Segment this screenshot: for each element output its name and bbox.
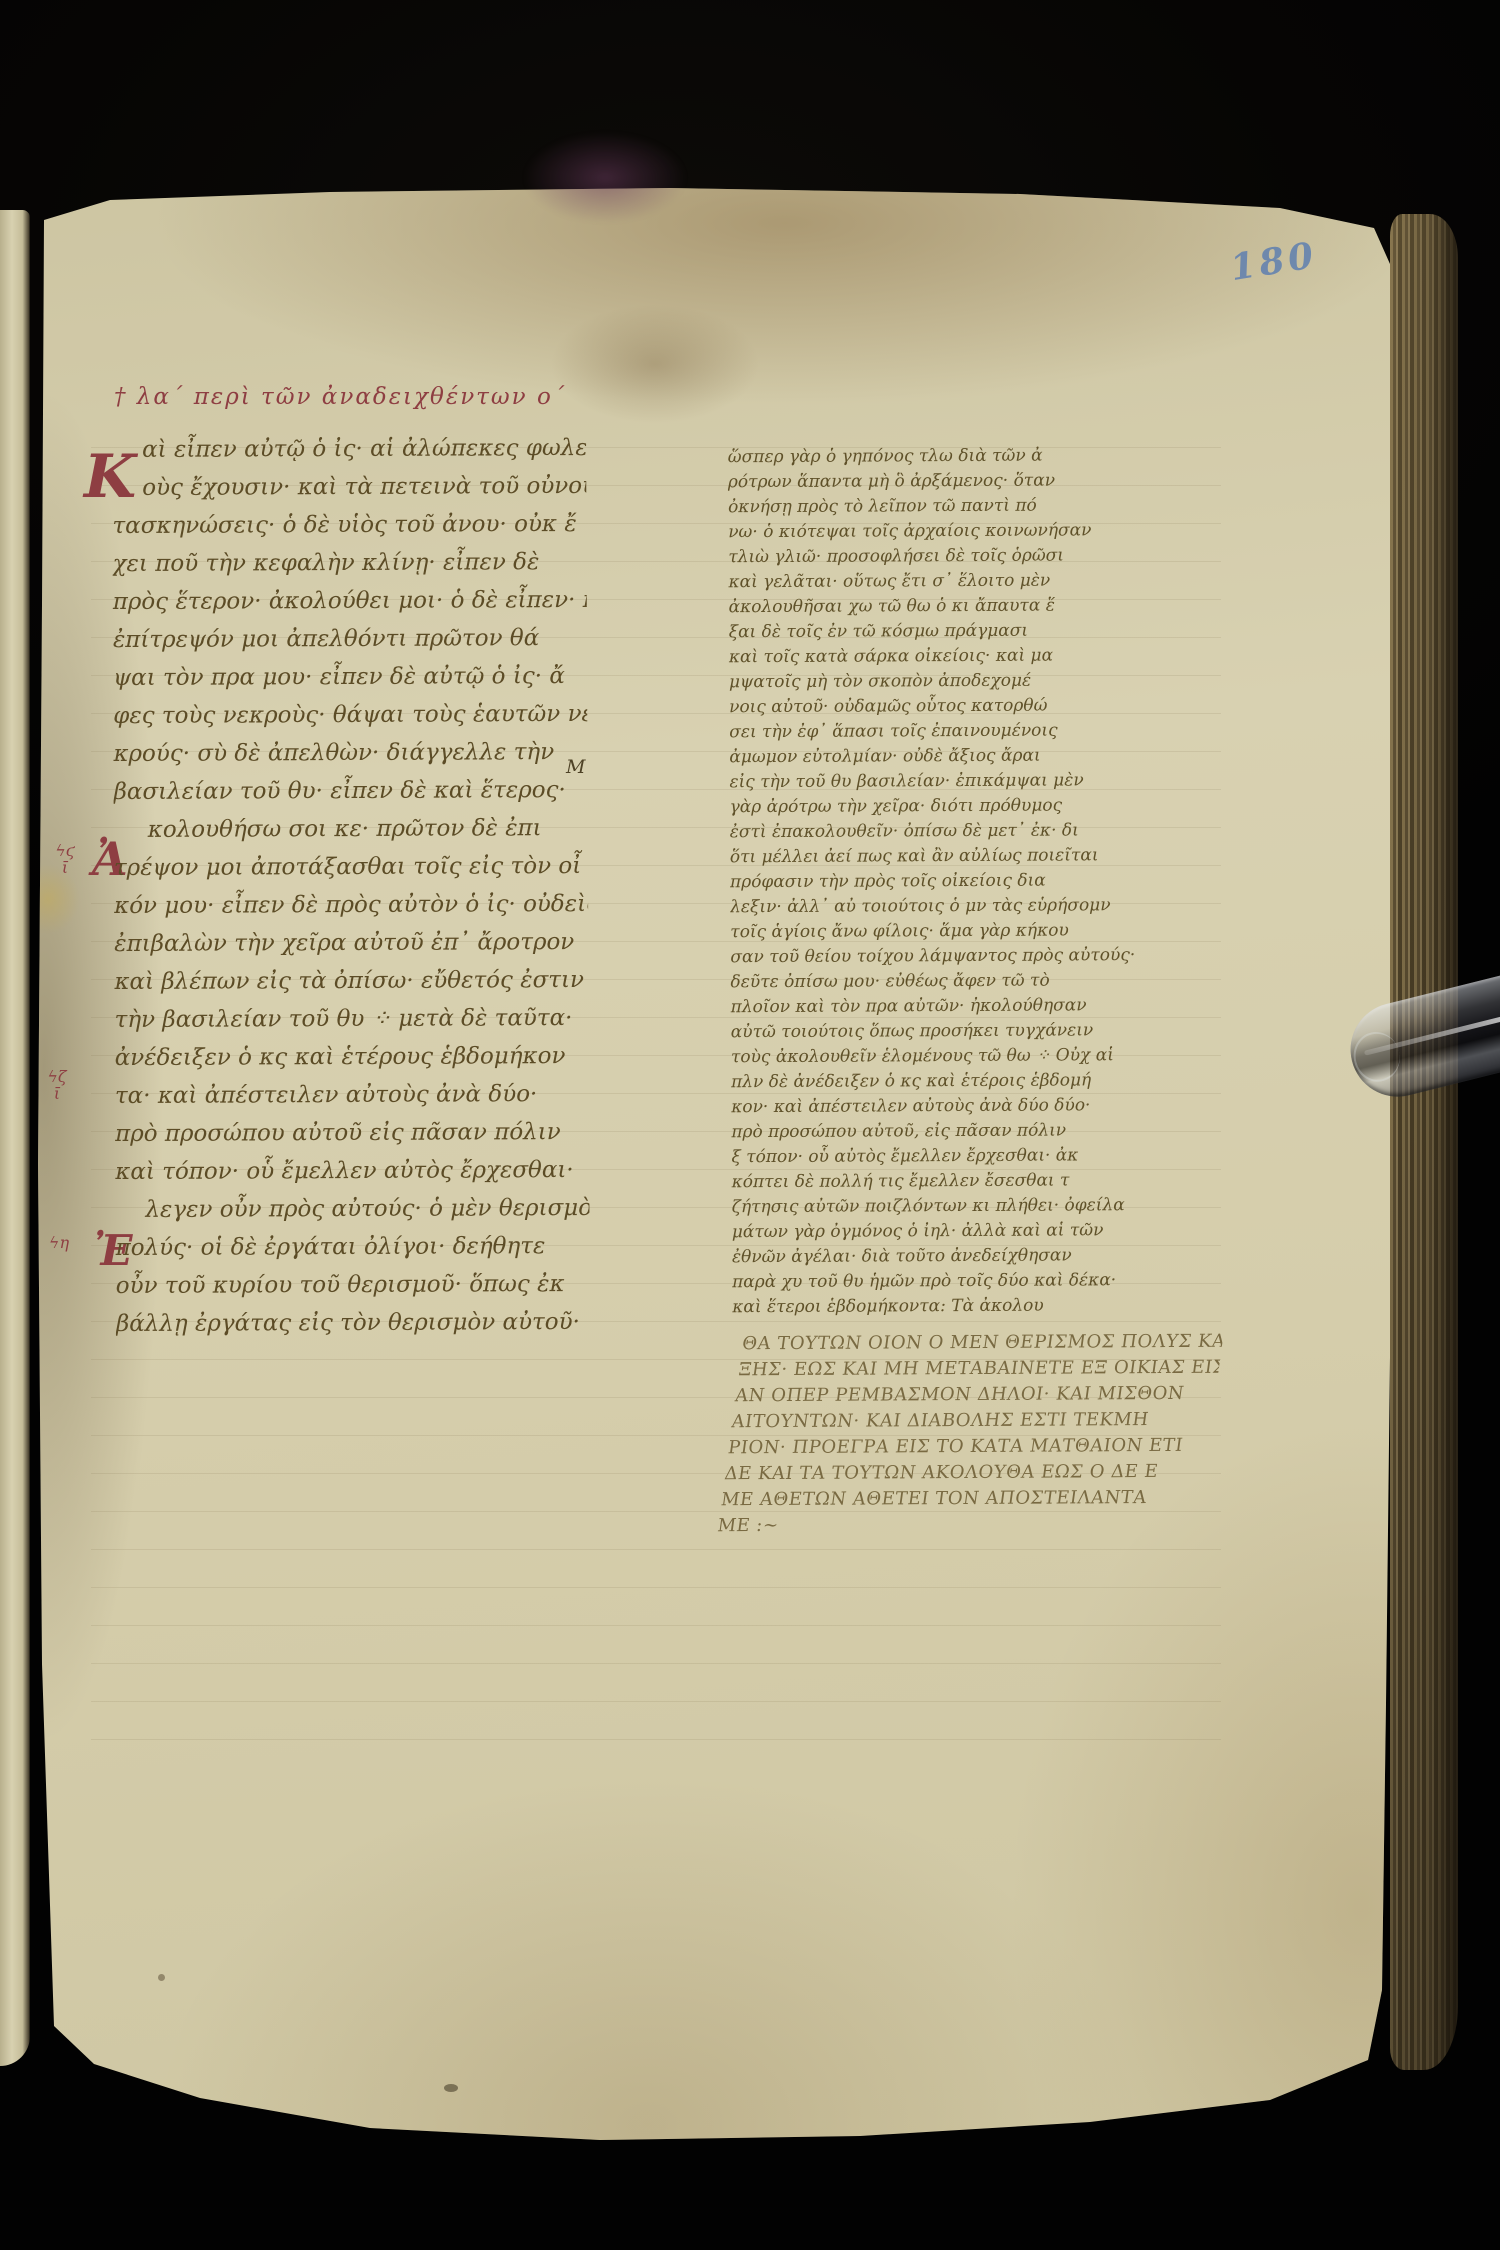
uncial-text-line: ΔΕ ΚΑΙ ΤΑ ΤΟΥΤΩΝ ΑΚΟΛΟΥΘΑ ΕΩΣ Ο ΔΕ Ε: [723, 1459, 1207, 1488]
commentary-text-line: ξαι δὲ τοῖς ἐν τῶ κόσμω πράγμασι: [729, 618, 1199, 645]
uncial-text-line: ΜΕ :~: [716, 1511, 1200, 1540]
stain-speck: [600, 2146, 609, 2152]
uncial-text-line: ΞΗΣ· ΕΩΣ ΚΑΙ ΜΗ ΜΕΤΑΒΑΙΝΕΤΕ ΕΞ ΟΙΚΙΑΣ ΕΙ…: [737, 1355, 1221, 1384]
gospel-text-line: βασιλείαν τοῦ θυ· εἶπεν δὲ καὶ ἕτερος·: [114, 771, 588, 811]
gospel-text-line: καὶ βλέπων εἰς τὰ ὀπίσω· εὔθετός ἐστιν: [114, 961, 588, 1001]
stain-speck: [444, 2084, 458, 2092]
commentary-text-line: καὶ ἕτεροι ἑβδομήκοντα: Τὰ ἀκολου: [732, 1293, 1202, 1320]
uncial-text-line: ΜΕ ΑΘΕΤΩΝ ΑΘΕΤΕΙ ΤΟΝ ΑΠΟΣΤΕΙΛΑΝΤΑ: [719, 1485, 1203, 1514]
commentary-text-line: παρὰ χυ τοῦ θυ ἡμῶν πρὸ τοῖς δύο καὶ δέκ…: [732, 1268, 1202, 1295]
commentary-text-line: μάτων γὰρ ὀγμόνος ὁ ἰηλ· ἀλλὰ καὶ αἱ τῶν: [732, 1218, 1202, 1245]
commentary-text-line: ξ τόπον· οὗ αὐτὸς ἔμελλεν ἔρχεσθαι· ἀκ: [731, 1143, 1201, 1170]
commentary-text-line: πλν δὲ ἀνέδειξεν ὁ κς καὶ ἑτέροις ἑβδομή: [731, 1068, 1201, 1095]
commentary-text-line: νω· ὁ κιότεψαι τοῖς ἀρχαίοις κοινωνήσαν: [728, 518, 1198, 545]
gospel-text-line: ἐπίτρεψόν μοι ἀπελθόντι πρῶτον θά: [113, 619, 587, 659]
gospel-text-line: κόν μου· εἶπεν δὲ πρὸς αὐτὸν ὁ ἰς· οὐδεὶ…: [114, 885, 588, 925]
commentary-text-line: ρότρων ἅπαντα μὴ ὃ ἀρξάμενος· ὅταν: [728, 468, 1198, 495]
commentary-text-line: ἐστὶ ἐπακολουθεῖν· ὀπίσω δὲ μετ᾽ ἐκ· δι: [730, 818, 1200, 845]
commentary-text-line: ὅτι μέλλει ἀεί πως καὶ ἂν αὐλίως ποιεῖτα…: [730, 843, 1200, 870]
commentary-text-line: αὐτῶ τοιούτοις ὅπως προσήκει τυγχάνειν: [731, 1018, 1201, 1045]
commentary-text-line: εἰς τὴν τοῦ θυ βασιλείαν· ἐπικάμψαι μὲν: [729, 768, 1199, 795]
commentary-text-line: τοῖς ἁγίοις ἄνω φίλοις· ἅμα γὰρ κήκου: [730, 918, 1200, 945]
gospel-text-line: κρούς· σὺ δὲ ἀπελθὼν· διάγγελλε τὴν: [113, 733, 587, 773]
gospel-text-line: τασκηνώσεις· ὁ δὲ υἱὸς τοῦ ἀνου· οὐκ ἔ: [112, 505, 586, 545]
gospel-text-line: τὴν βασιλείαν τοῦ θυ ⁘ μετὰ δὲ ταῦτα·: [114, 999, 588, 1039]
uncial-text-line: ΘΑ ΤΟΥΤΩΝ ΟΙΟΝ Ο ΜΕΝ ΘΕΡΙΣΜΟΣ ΠΟΛΥΣ ΚΑΙ …: [740, 1329, 1224, 1358]
commentary-text-line: πρόφασιν τὴν πρὸς τοῖς οἰκείοις δια: [730, 868, 1200, 895]
commentary-text-line: κόπτει δὲ πολλή τις ἔμελλεν ἔσεσθαι τ: [732, 1168, 1202, 1195]
commentary-text-line: ζήτησις αὐτῶν ποιζλόντων κι πλήθει· ὀφεί…: [732, 1193, 1202, 1220]
commentary-text-line: πλοῖον καὶ τὸν πρα αὐτῶν· ἠκολούθησαν: [731, 993, 1201, 1020]
canon-number: ῑ: [40, 1085, 74, 1102]
gospel-text-line: οὖν τοῦ κυρίου τοῦ θερισμοῦ· ὅπως ἐκ: [116, 1265, 590, 1305]
commentary-text-line: κον· καὶ ἀπέστειλεν αὐτοὺς ἀνὰ δύο δύο·: [731, 1093, 1201, 1120]
gospel-text-line: τα· καὶ ἀπέστειλεν αὐτοὺς ἀνὰ δύο·: [115, 1075, 589, 1115]
uncial-text-line: ΡΙΟΝ· ΠΡΟΕΓΡΑ ΕΙΣ ΤΟ ΚΑΤΑ ΜΑΤΘΑΙΟΝ ΕΤΙ: [726, 1433, 1210, 1462]
gospel-text-line: πολύς· οἱ δὲ ἐργάται ὀλίγοι· δεήθητε: [115, 1227, 589, 1267]
gospel-text-line: ἀνέδειξεν ὁ κς καὶ ἑτέρους ἑβδομήκον: [115, 1037, 589, 1077]
gospel-text-line: καὶ τόπον· οὗ ἔμελλεν αὐτὸς ἔρχεσθαι·: [115, 1151, 589, 1191]
gospel-text-line: κολουθήσω σοι κε· πρῶτον δὲ ἐπι: [114, 809, 588, 849]
manuscript-page: 180 † λα΄ περὶ τῶν ἀναδειχθέντων ο΄ Κ Ἀ …: [30, 184, 1402, 2144]
commentary-text-line: γὰρ ἀρότρω τὴν χεῖρα· διότι πρόθυμος: [730, 793, 1200, 820]
gospel-text-line: πρὸ προσώπου αὐτοῦ εἰς πᾶσαν πόλιν: [115, 1113, 589, 1153]
commentary-text-line: νοις αὐτοῦ· οὐδαμῶς οὗτος κατορθώ: [729, 693, 1199, 720]
eusebian-section-mark: ϟϛ ῑ: [48, 842, 82, 876]
chapter-rubric: † λα΄ περὶ τῶν ἀναδειχθέντων ο΄: [114, 384, 594, 410]
gospel-text-line: τρέψον μοι ἀποτάξασθαι τοῖς εἰς τὸν οἶ: [114, 847, 588, 887]
commentary-text-line: σει τὴν ἐφ᾽ ἅπασι τοῖς ἐπαινουμένοις: [729, 718, 1199, 745]
gospel-text-line: λεγεν οὖν πρὸς αὐτούς· ὁ μὲν θερισμὸς: [115, 1189, 589, 1229]
commentary-text-line: ἐθνῶν ἀγέλαι· διὰ τοῦτο ἀνεδείχθησαν: [732, 1243, 1202, 1270]
gospel-text-line: ἐπιβαλὼν τὴν χεῖρα αὐτοῦ ἐπ᾽ ἄροτρον: [114, 923, 588, 963]
commentary-text-column: ὥσπερ γὰρ ὁ γηπόνος τλω διὰ τῶν ἀρότρων …: [728, 443, 1203, 1320]
gospel-text-line: βάλλῃ ἐργάτας εἰς τὸν θερισμὸν αὐτοῦ·: [116, 1303, 590, 1343]
gospel-text-column: αὶ εἶπεν αὐτῷ ὁ ἰς· αἱ ἀλώπεκες φωλεοὺς …: [112, 429, 590, 1343]
commentary-text-line: ὥσπερ γὰρ ὁ γηπόνος τλω διὰ τῶν ἀ: [728, 443, 1198, 470]
commentary-text-line: τλιὼ γλιῶ· προσοφλήσει δὲ τοῖς ὁρῶσι: [728, 543, 1198, 570]
page-stack-fore-edge: [1390, 214, 1458, 2070]
commentary-text-line: ἀμωμον εὐτολμίαν· οὐδὲ ἄξιος ἄραι: [729, 743, 1199, 770]
commentary-text-line: ἀκολουθῆσαι χω τῶ θω ὁ κι ἄπαυτα ἕ: [728, 593, 1198, 620]
gospel-text-line: αὶ εἶπεν αὐτῷ ὁ ἰς· αἱ ἀλώπεκες φωλε: [112, 429, 586, 469]
commentary-text-line: καὶ γελᾶται· οὕτως ἔτι σ᾽ ἕλοιτο μὲν: [728, 568, 1198, 595]
gospel-text-line: φες τοὺς νεκροὺς· θάψαι τοὺς ἑαυτῶν νε: [113, 695, 587, 735]
commentary-text-line: τοὺς ἀκολουθεῖν ἑλομένους τῶ θω ⁘ Οὐχ αἱ: [731, 1043, 1201, 1070]
canon-number: ῑ: [48, 859, 82, 876]
commentary-text-line: καὶ τοῖς κατὰ σάρκα οἰκείοις· καὶ μα: [729, 643, 1199, 670]
uncial-text-line: ΑΙΤΟΥΝΤΩΝ· ΚΑΙ ΔΙΑΒΟΛΗΣ ΕΣΤΙ ΤΕΚΜΗ: [730, 1407, 1214, 1436]
eusebian-section-mark: ϟη: [42, 1234, 76, 1251]
section-number: ϟη: [49, 1233, 69, 1252]
commentary-text-line: σαν τοῦ θείου τοίχου λάμψαντος πρὸς αὐτο…: [730, 943, 1200, 970]
gospel-text-line: ψαι τὸν πρα μου· εἶπεν δὲ αὐτῷ ὁ ἰς· ἄ: [113, 657, 587, 697]
stain-speck: [158, 1974, 165, 1981]
uncial-text-line: ΑΝ ΟΠΕΡ ΡΕΜΒΑΣΜΟΝ ΔΗΛΟΙ· ΚΑΙ ΜΙΣΘΟΝ: [733, 1381, 1217, 1410]
gospel-text-line: χει ποῦ τὴν κεφαλὴν κλίνῃ· εἶπεν δὲ: [113, 543, 587, 583]
facing-page-edge: [0, 210, 30, 2066]
commentary-text-line: ὀκνήσῃ πρὸς τὸ λεῖπον τῶ παντὶ πό: [728, 493, 1198, 520]
eusebian-section-mark: ϟζ ῑ: [40, 1068, 74, 1102]
gospel-text-line: πρὸς ἕτερον· ἀκολούθει μοι· ὁ δὲ εἶπεν· …: [113, 581, 587, 621]
commentary-text-line: μψατοῖς μὴ τὸν σκοπὸν ἀποδεχομέ: [729, 668, 1199, 695]
stain-purple: [520, 130, 690, 225]
commentary-text-line: δεῦτε ὀπίσω μου· εὐθέως ἄφεν τῶ τὸ: [730, 968, 1200, 995]
commentary-text-line: πρὸ προσώπου αὐτοῦ, εἰς πᾶσαν πόλιν: [731, 1118, 1201, 1145]
folio-number: 180: [1227, 229, 1352, 289]
uncial-text-block: ΘΑ ΤΟΥΤΩΝ ΟΙΟΝ Ο ΜΕΝ ΘΕΡΙΣΜΟΣ ΠΟΛΥΣ ΚΑΙ …: [716, 1329, 1224, 1540]
commentary-text-line: λεξιν· ἀλλ᾽ αὐ τοιούτοις ὁ μν τὰς εὑρήσο…: [730, 893, 1200, 920]
gospel-text-line: οὺς ἔχουσιν· καὶ τὰ πετεινὰ τοῦ οὐνοῦ κα: [112, 467, 586, 507]
manuscript-photograph: 180 † λα΄ περὶ τῶν ἀναδειχθέντων ο΄ Κ Ἀ …: [0, 0, 1500, 2250]
